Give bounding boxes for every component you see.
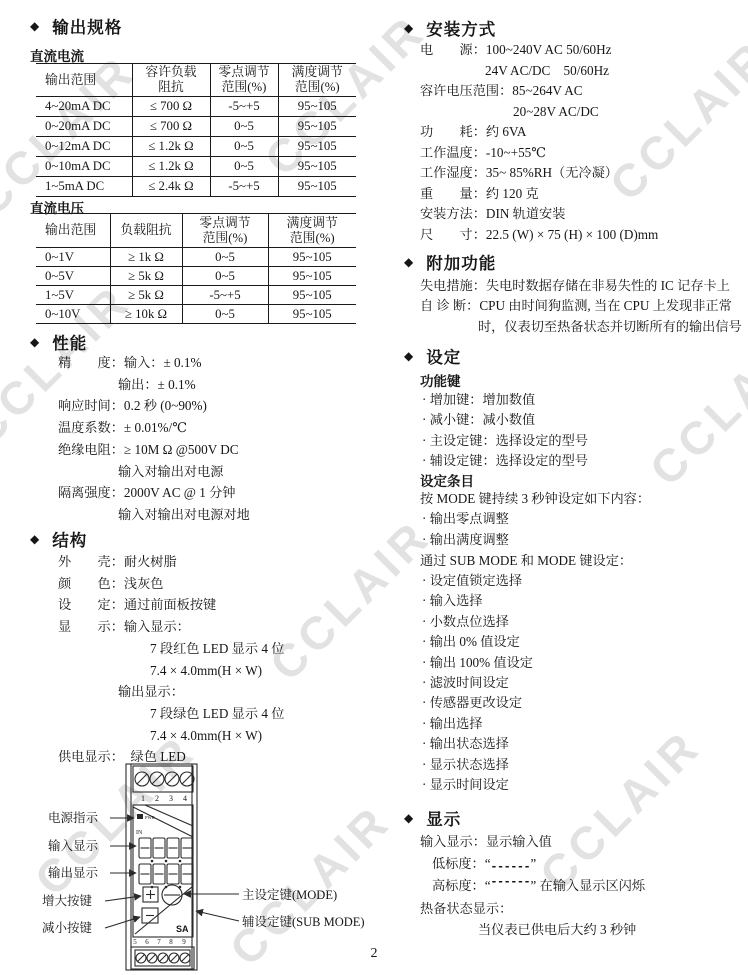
list-item: · 输出选择 <box>400 714 533 734</box>
diamond-bullet-icon: ◆ <box>30 19 39 33</box>
high-scale-dashes: ------ <box>491 875 531 888</box>
callout-output-display: 输出显示 <box>48 865 99 880</box>
table-header-row: 输出范围 容许负载 阻抗 零点调节 范围(%) 满度调节 范围(%) <box>36 64 356 97</box>
terminal-number: 3 <box>169 794 173 803</box>
terminal-number: 6 <box>145 938 149 946</box>
subtitle-function-keys: 功能键 <box>420 370 461 390</box>
additional-lines: 失电措施：失电时数据存储在非易失性的 IC 记存卡上 自 诊 断：CPU 由时间… <box>400 276 742 337</box>
spec-line: 精 度：输入：± 0.1% <box>30 352 250 374</box>
setting-items-intro2: 通过 SUB MODE 和 MODE 键设定： <box>400 551 632 571</box>
spec-line: 功 耗：约 6VA <box>400 122 658 143</box>
spec-line: 隔离强度：2000V AC @ 1 分钟 <box>30 482 250 504</box>
page-number: 2 <box>0 946 748 962</box>
table-row: 0~5V ≥ 5k Ω 0~5 95~105 <box>36 267 356 286</box>
callout-arrow <box>196 911 239 921</box>
section-title-additional: 附加功能 <box>426 250 496 274</box>
terminal-number: 5 <box>133 938 137 946</box>
list-item: · 输出 0% 值设定 <box>400 632 533 652</box>
callout-decrease-button: 减小按键 <box>42 920 93 935</box>
terminal-number: 1 <box>141 794 145 803</box>
col-header: 满度调节 范围(%) <box>278 64 356 97</box>
spec-line: 安装方法：DIN 轨道安装 <box>400 204 658 225</box>
spec-line: 当仪表已供电后大约 3 秒钟 <box>400 919 645 941</box>
dc-voltage-table: 输出范围 负载阻抗 零点调节 范围(%) 满度调节 范围(%) 0~1V ≥ 1… <box>36 213 356 324</box>
cell: 4~20mA DC <box>36 97 132 117</box>
spec-line: 工作温度：-10~+55℃ <box>400 143 658 164</box>
cell: -5~+5 <box>210 177 278 197</box>
cell: ≤ 700 Ω <box>132 97 210 117</box>
structure-lines: 外 壳：耐火树脂 颜 色：浅灰色 设 定：通过前面板按键 显 示：输入显示： 7… <box>30 551 284 768</box>
list-item: · 输出零点调整 <box>400 509 650 529</box>
spec-line: 输入对输出对电源对地 <box>30 504 250 526</box>
spec-line: 输入对输出对电源 <box>30 461 250 483</box>
low-scale-close: ” <box>530 856 536 871</box>
terminal-number: 9 <box>182 938 186 946</box>
spec-line: 输出：± 0.1% <box>30 374 250 396</box>
cell: 1~5V <box>36 286 110 305</box>
device-front-panel-diagram: 1 2 3 4 PWR IN <box>15 760 385 975</box>
callout-arrow <box>105 896 141 901</box>
spec-line: 热备状态显示： <box>400 898 645 920</box>
spec-line: 时，仪表切至热备状态并切断所有的输出信号 <box>400 317 742 337</box>
callout-input-display: 输入显示 <box>48 838 99 853</box>
performance-lines: 精 度：输入：± 0.1% 输出：± 0.1% 响应时间：0.2 秒 (0~90… <box>30 352 250 526</box>
section-additional-heading: ◆ 附加功能 <box>404 250 496 274</box>
terminal-screw-icon <box>135 772 194 786</box>
setting-item-list: · 设定值锁定选择 · 输入选择 · 小数点位选择 · 输出 0% 值设定 · … <box>400 571 533 795</box>
section-settings-heading: ◆ 设定 <box>404 344 461 368</box>
col-header: 负载阻抗 <box>110 214 182 248</box>
diamond-bullet-icon: ◆ <box>404 21 413 35</box>
mode-knob-icon <box>162 885 182 905</box>
spec-line: 7 段红色 LED 显示 4 位 <box>30 638 284 660</box>
cell: 95~105 <box>268 248 356 267</box>
table-row: 0~20mA DC ≤ 700 Ω 0~5 95~105 <box>36 117 356 137</box>
cell: 0~5 <box>210 137 278 157</box>
list-item: · 显示状态选择 <box>400 755 533 775</box>
spec-line: 24V AC/DC 50/60Hz <box>400 61 658 82</box>
cell: ≤ 700 Ω <box>132 117 210 137</box>
diamond-bullet-icon: ◆ <box>404 349 413 363</box>
spec-line: 7.4 × 4.0mm(H × W) <box>30 725 284 747</box>
cell: 95~105 <box>268 305 356 324</box>
cell: 0~5 <box>182 248 268 267</box>
cell: ≤ 1.2k Ω <box>132 157 210 177</box>
list-item: · 增加键：增加数值 <box>400 390 588 410</box>
col-header: 零点调节 范围(%) <box>210 64 278 97</box>
callout-power-indicator: 电源指示 <box>48 810 99 825</box>
terminal-number: 7 <box>157 938 161 946</box>
pwr-label: PWR <box>145 815 155 820</box>
list-item: · 减小键：减小数值 <box>400 410 588 430</box>
cell: 95~105 <box>268 267 356 286</box>
section-installation-heading: ◆ 安装方式 <box>404 16 496 40</box>
section-title-display: 显示 <box>426 806 461 830</box>
cell: ≤ 2.4k Ω <box>132 177 210 197</box>
col-header: 零点调节 范围(%) <box>182 214 268 248</box>
watermark: CCLAIR <box>639 314 748 496</box>
diamond-bullet-icon: ◆ <box>30 532 39 546</box>
intro-line: 按 MODE 键持续 3 秒钟设定如下内容： <box>400 489 650 509</box>
terminal-number: 2 <box>155 794 159 803</box>
list-item: · 设定值锁定选择 <box>400 571 533 591</box>
callout-sub-mode-key: 辅设定键(SUB MODE) <box>242 914 365 929</box>
callout-arrow <box>105 917 140 928</box>
callout-mode-key: 主设定键(MODE) <box>242 887 337 902</box>
spec-line: 颜 色：浅灰色 <box>30 573 284 595</box>
section-structure-heading: ◆ 结构 <box>30 527 87 551</box>
diamond-bullet-icon: ◆ <box>30 335 39 349</box>
decrease-button-icon <box>142 908 158 923</box>
section-title-output-spec: 输出规格 <box>52 14 122 38</box>
high-scale-close: ” 在输入显示区闪烁 <box>530 878 645 893</box>
list-item: · 输出满度调整 <box>400 530 650 550</box>
cell: 0~5 <box>210 157 278 177</box>
cell: 95~105 <box>278 177 356 197</box>
spec-line: 重 量：约 120 克 <box>400 184 658 205</box>
setting-items-intro: 按 MODE 键持续 3 秒钟设定如下内容： · 输出零点调整 · 输出满度调整 <box>400 489 650 550</box>
high-scale-label: 高标度：“ <box>432 878 491 893</box>
spec-line: 失电措施：失电时数据存储在非易失性的 IC 记存卡上 <box>400 276 742 296</box>
cell: ≥ 5k Ω <box>110 286 182 305</box>
cell: ≥ 5k Ω <box>110 267 182 286</box>
cell: 0~20mA DC <box>36 117 132 137</box>
cell: ≥ 1k Ω <box>110 248 182 267</box>
cell: -5~+5 <box>210 97 278 117</box>
list-item: · 主设定键：选择设定的型号 <box>400 431 588 451</box>
cell: 0~10V <box>36 305 110 324</box>
cell: 95~105 <box>278 117 356 137</box>
subtitle-setting-items: 设定条目 <box>420 470 474 490</box>
table-row: 0~10V ≥ 10k Ω 0~5 95~105 <box>36 305 356 324</box>
table-row: 1~5mA DC ≤ 2.4k Ω -5~+5 95~105 <box>36 177 356 197</box>
diamond-bullet-icon: ◆ <box>404 255 413 269</box>
spec-line: 容许电压范围：85~264V AC <box>400 81 658 102</box>
section-title-installation: 安装方式 <box>426 16 496 40</box>
section-title-performance: 性能 <box>52 330 87 354</box>
cell: -5~+5 <box>182 286 268 305</box>
col-header: 输出范围 <box>36 64 132 97</box>
output-display-digits <box>139 864 193 888</box>
spec-line: 响应时间：0.2 秒 (0~90%) <box>30 395 250 417</box>
cell: ≤ 1.2k Ω <box>132 137 210 157</box>
spec-line: 外 壳：耐火树脂 <box>30 551 284 573</box>
spec-line-high-scale: 高标度：“------” 在输入显示区闪烁 <box>400 875 645 898</box>
spec-line: 自 诊 断：CPU 由时间狗监测, 当在 CPU 上发现非正常 <box>400 296 742 316</box>
spec-line: 显 示：输入显示： <box>30 616 284 638</box>
table-row: 0~1V ≥ 1k Ω 0~5 95~105 <box>36 248 356 267</box>
table-row: 0~10mA DC ≤ 1.2k Ω 0~5 95~105 <box>36 157 356 177</box>
cell: 0~1V <box>36 248 110 267</box>
list-item: · 传感器更改设定 <box>400 693 533 713</box>
spec-line: 绝缘电阻：≥ 10M Ω @500V DC <box>30 439 250 461</box>
list-item: · 辅设定键：选择设定的型号 <box>400 451 588 471</box>
cell: 0~10mA DC <box>36 157 132 177</box>
power-led-icon <box>137 814 143 819</box>
list-item: · 输出 100% 值设定 <box>400 653 533 673</box>
spec-line: 7.4 × 4.0mm(H × W) <box>30 660 284 682</box>
display-lines: 输入显示：显示输入值 低标度：“------” 高标度：“------” 在输入… <box>400 831 645 941</box>
col-header: 满度调节 范围(%) <box>268 214 356 248</box>
callout-increase-button: 增大按键 <box>42 893 93 908</box>
cell: 0~12mA DC <box>36 137 132 157</box>
cell: 0~5 <box>182 267 268 286</box>
low-scale-label: 低标度：“ <box>432 856 491 871</box>
section-title-structure: 结构 <box>52 527 87 551</box>
dc-current-table: 输出范围 容许负载 阻抗 零点调节 范围(%) 满度调节 范围(%) 4~20m… <box>36 63 356 197</box>
table-header-row: 输出范围 负载阻抗 零点调节 范围(%) 满度调节 范围(%) <box>36 214 356 248</box>
low-scale-dashes: ------ <box>491 860 531 873</box>
in-label: IN <box>136 830 143 836</box>
table-row: 4~20mA DC ≤ 700 Ω -5~+5 95~105 <box>36 97 356 117</box>
section-title-settings: 设定 <box>426 344 461 368</box>
cell: 95~105 <box>278 157 356 177</box>
sa-label: SA <box>176 924 189 934</box>
cell: 0~5V <box>36 267 110 286</box>
section-performance-heading: ◆ 性能 <box>30 330 87 354</box>
spec-line: 输出显示： <box>30 681 284 703</box>
document-page: CCLAIR CCLAIR CCLAIR CCLAIR CCLAIR CCLAI… <box>0 0 748 975</box>
spec-line: 设 定：通过前面板按键 <box>30 594 284 616</box>
cell: 0~5 <box>210 117 278 137</box>
terminal-number: 8 <box>169 938 173 946</box>
section-output-spec-heading: ◆ 输出规格 <box>30 14 122 38</box>
spec-line: 温度系数：± 0.01%/℃ <box>30 417 250 439</box>
installation-lines: 电 源：100~240V AC 50/60Hz 24V AC/DC 50/60H… <box>400 40 658 245</box>
spec-line: 电 源：100~240V AC 50/60Hz <box>400 40 658 61</box>
list-item: · 滤波时间设定 <box>400 673 533 693</box>
cell: ≥ 10k Ω <box>110 305 182 324</box>
table-row: 0~12mA DC ≤ 1.2k Ω 0~5 95~105 <box>36 137 356 157</box>
list-item: · 输出状态选择 <box>400 734 533 754</box>
cell: 0~5 <box>182 305 268 324</box>
list-item: · 显示时间设定 <box>400 775 533 795</box>
col-header: 容许负载 阻抗 <box>132 64 210 97</box>
cell: 1~5mA DC <box>36 177 132 197</box>
list-item: · 输入选择 <box>400 591 533 611</box>
spec-line: 7 段绿色 LED 显示 4 位 <box>30 703 284 725</box>
spec-line: 工作湿度：35~ 85%RH（无冷凝） <box>400 163 658 184</box>
spec-line-low-scale: 低标度：“------” <box>400 853 645 876</box>
function-key-list: · 增加键：增加数值 · 减小键：减小数值 · 主设定键：选择设定的型号 · 辅… <box>400 390 588 472</box>
section-display-heading: ◆ 显示 <box>404 806 461 830</box>
diamond-bullet-icon: ◆ <box>404 811 413 825</box>
col-header: 输出范围 <box>36 214 110 248</box>
increase-button-icon <box>143 887 158 902</box>
subtitle-dc-current: 直流电流 <box>30 45 84 65</box>
spec-line: 尺 寸：22.5 (W) × 75 (H) × 100 (D)mm <box>400 225 658 246</box>
cell: 95~105 <box>268 286 356 305</box>
intro-line: 通过 SUB MODE 和 MODE 键设定： <box>400 551 632 571</box>
input-display-digits <box>139 838 193 862</box>
spec-line: 20~28V AC/DC <box>400 102 658 123</box>
list-item: · 小数点位选择 <box>400 612 533 632</box>
cell: 95~105 <box>278 97 356 117</box>
cell: 95~105 <box>278 137 356 157</box>
terminal-number: 4 <box>183 794 187 803</box>
table-row: 1~5V ≥ 5k Ω -5~+5 95~105 <box>36 286 356 305</box>
spec-line: 输入显示：显示输入值 <box>400 831 645 853</box>
